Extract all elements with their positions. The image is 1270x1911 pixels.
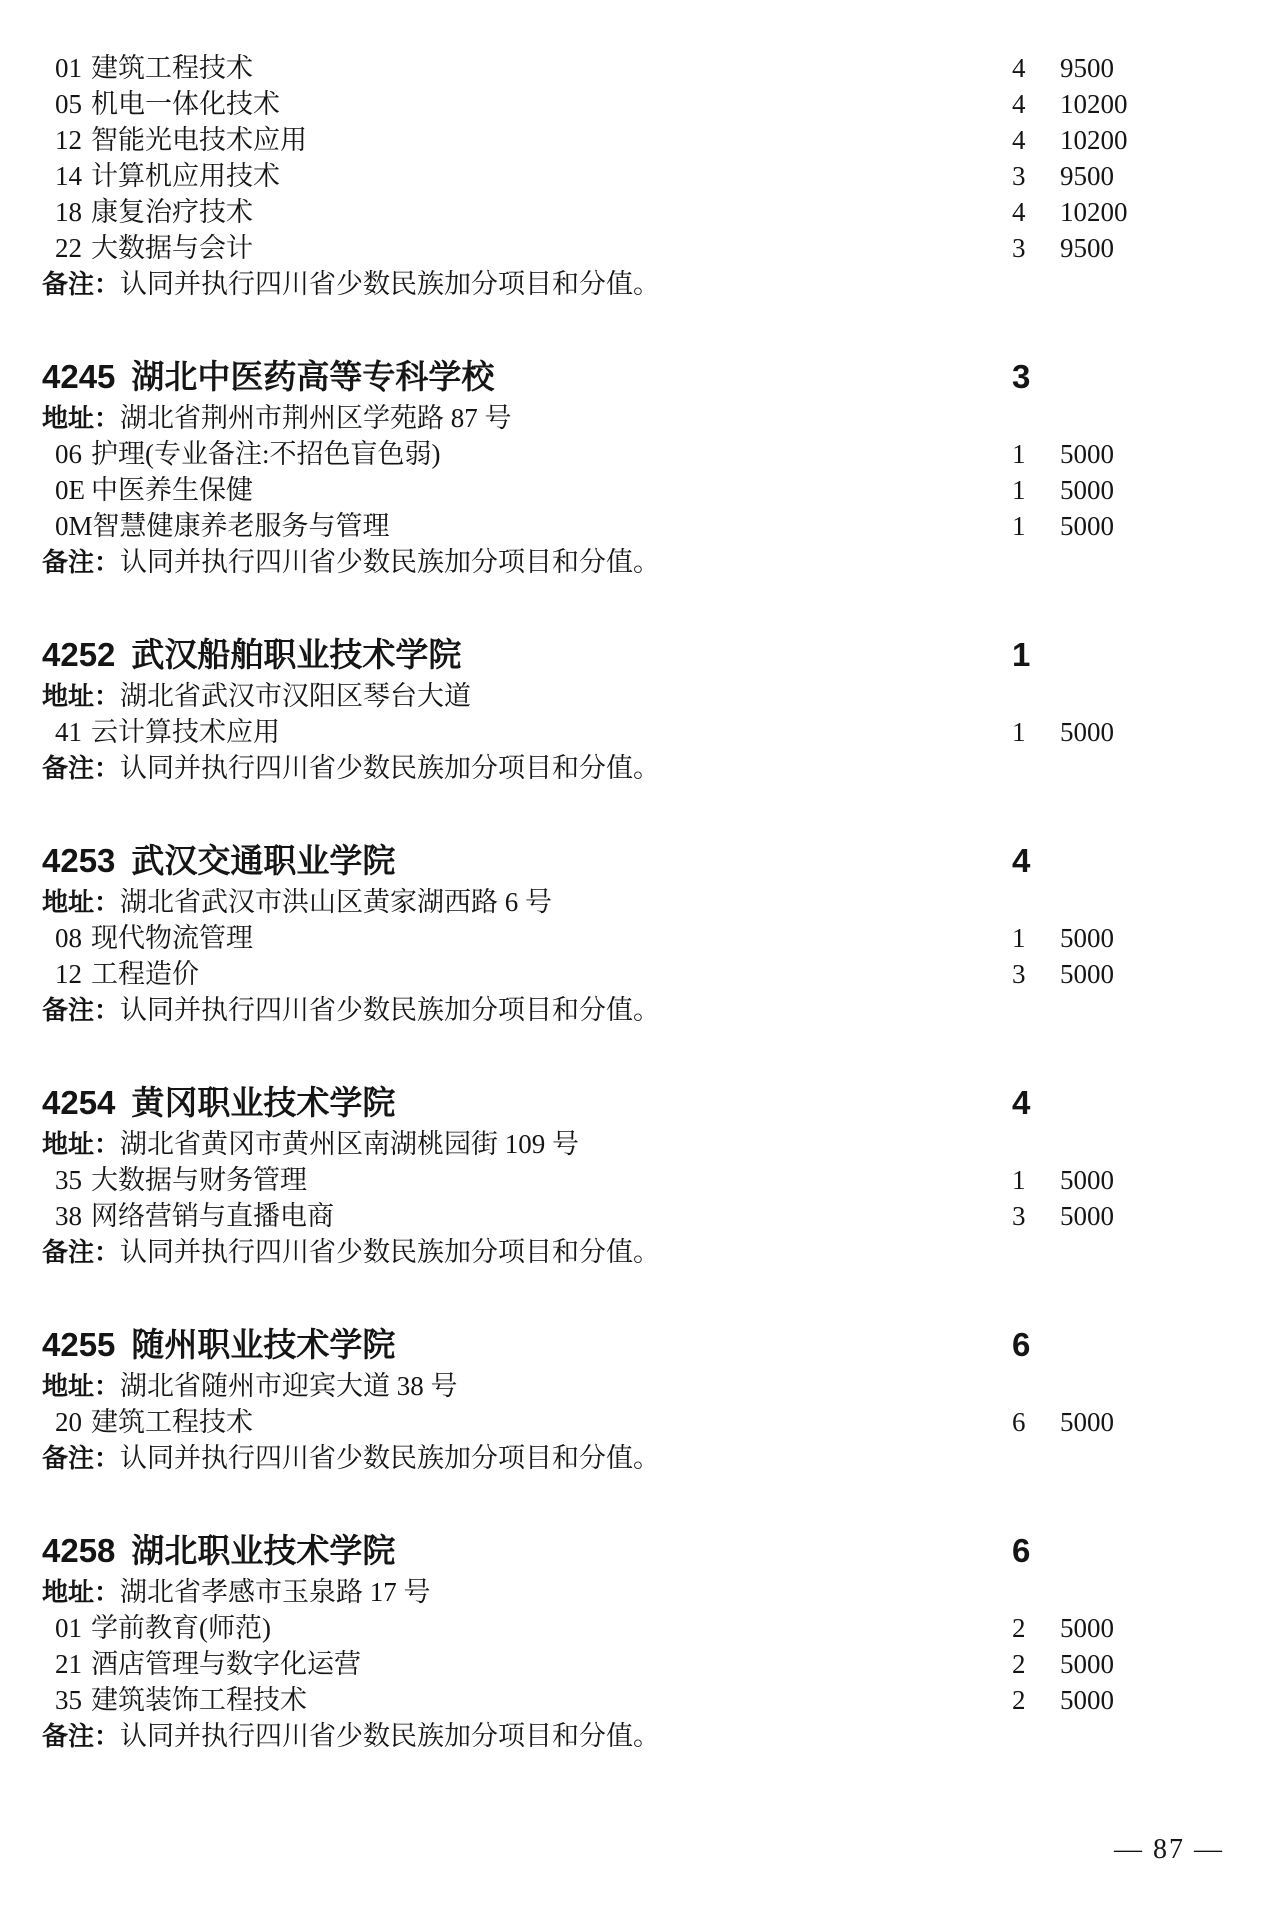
address-label: 地址： [42, 681, 120, 711]
major-fee: 9500 [1060, 50, 1270, 86]
college-plan-count: 3 [1012, 354, 1060, 400]
major-row: 38网络营销与直播电商 3 5000 [42, 1198, 1270, 1234]
major-fee: 5000 [1060, 714, 1270, 750]
college-list: 01建筑工程技术 4 9500 05机电一体化技术 4 10200 12智能光电… [0, 0, 1270, 1754]
college-plan-count: 6 [1012, 1528, 1060, 1574]
major-name: 大数据与会计 [91, 233, 253, 263]
note-line: 备注：认同并执行四川省少数民族加分项目和分值。 [42, 1440, 1270, 1476]
major-count: 4 [1012, 194, 1060, 230]
college-name: 湖北职业技术学院 [131, 1532, 395, 1569]
major-name: 中医养生保健 [91, 475, 253, 505]
college-code: 4245 [42, 358, 115, 395]
major-fee: 5000 [1060, 920, 1270, 956]
college-code: 4254 [42, 1084, 115, 1121]
major-count: 1 [1012, 920, 1060, 956]
major-fee: 9500 [1060, 158, 1270, 194]
major-fee: 5000 [1060, 1162, 1270, 1198]
college-section: 4258湖北职业技术学院 6 地址：湖北省孝感市玉泉路 17 号 01学前教育(… [42, 1528, 1270, 1754]
college-header: 4258湖北职业技术学院 6 [42, 1528, 1270, 1574]
college-plan-count: 1 [1012, 632, 1060, 678]
major-code: 18 [42, 194, 91, 230]
college-section: 4255随州职业技术学院 6 地址：湖北省随州市迎宾大道 38 号 20建筑工程… [42, 1322, 1270, 1476]
major-name: 康复治疗技术 [91, 197, 253, 227]
major-fee: 5000 [1060, 1610, 1270, 1646]
major-count: 3 [1012, 1198, 1060, 1234]
major-code: 38 [42, 1198, 91, 1234]
major-fee: 10200 [1060, 194, 1270, 230]
note-text: 认同并执行四川省少数民族加分项目和分值。 [120, 547, 660, 577]
major-code: 0M [42, 508, 93, 544]
major-code: 41 [42, 714, 91, 750]
major-list: 20建筑工程技术 6 5000 [42, 1404, 1270, 1440]
note-text: 认同并执行四川省少数民族加分项目和分值。 [120, 1237, 660, 1267]
major-fee: 5000 [1060, 956, 1270, 992]
address-label: 地址： [42, 1129, 120, 1159]
major-count: 1 [1012, 472, 1060, 508]
note-label: 备注： [42, 1237, 120, 1267]
major-code: 01 [42, 1610, 91, 1646]
college-header: 4255随州职业技术学院 6 [42, 1322, 1270, 1368]
note-label: 备注： [42, 547, 120, 577]
page-number: — 87 — [1114, 1834, 1224, 1866]
major-list: 06护理(专业备注:不招色盲色弱) 1 5000 0E中医养生保健 1 5000… [42, 436, 1270, 544]
college-header: 4254黄冈职业技术学院 4 [42, 1080, 1270, 1126]
note-label: 备注： [42, 1721, 120, 1751]
note-line: 备注：认同并执行四川省少数民族加分项目和分值。 [42, 266, 1270, 302]
major-count: 4 [1012, 50, 1060, 86]
address-label: 地址： [42, 1371, 120, 1401]
major-row: 01学前教育(师范) 2 5000 [42, 1610, 1270, 1646]
college-header: 4253武汉交通职业学院 4 [42, 838, 1270, 884]
document-page: 01建筑工程技术 4 9500 05机电一体化技术 4 10200 12智能光电… [0, 0, 1270, 1911]
major-code: 06 [42, 436, 91, 472]
major-row: 12工程造价 3 5000 [42, 956, 1270, 992]
major-name: 建筑装饰工程技术 [91, 1685, 307, 1715]
major-count: 3 [1012, 956, 1060, 992]
major-name: 智能光电技术应用 [91, 125, 307, 155]
major-row: 35建筑装饰工程技术 2 5000 [42, 1682, 1270, 1718]
major-list: 01建筑工程技术 4 9500 05机电一体化技术 4 10200 12智能光电… [42, 50, 1270, 266]
college-code: 4255 [42, 1326, 115, 1363]
major-row: 0M智慧健康养老服务与管理 1 5000 [42, 508, 1270, 544]
major-count: 2 [1012, 1610, 1060, 1646]
major-list: 08现代物流管理 1 5000 12工程造价 3 5000 [42, 920, 1270, 992]
college-name: 湖北中医药高等专科学校 [131, 358, 494, 395]
major-code: 0E [42, 472, 91, 508]
address-label: 地址： [42, 887, 120, 917]
address-text: 湖北省孝感市玉泉路 17 号 [120, 1577, 431, 1607]
address-line: 地址：湖北省孝感市玉泉路 17 号 [42, 1574, 1270, 1610]
note-label: 备注： [42, 269, 120, 299]
note-label: 备注： [42, 753, 120, 783]
major-code: 05 [42, 86, 91, 122]
major-name: 酒店管理与数字化运营 [91, 1649, 361, 1679]
college-name: 武汉船舶职业技术学院 [131, 636, 461, 673]
major-count: 1 [1012, 1162, 1060, 1198]
major-code: 21 [42, 1646, 91, 1682]
major-count: 2 [1012, 1682, 1060, 1718]
major-count: 3 [1012, 158, 1060, 194]
major-name: 护理(专业备注:不招色盲色弱) [91, 439, 440, 469]
major-row: 22大数据与会计 3 9500 [42, 230, 1270, 266]
note-line: 备注：认同并执行四川省少数民族加分项目和分值。 [42, 544, 1270, 580]
note-text: 认同并执行四川省少数民族加分项目和分值。 [120, 269, 660, 299]
college-section: 4245湖北中医药高等专科学校 3 地址：湖北省荆州市荆州区学苑路 87 号 0… [42, 354, 1270, 580]
major-fee: 5000 [1060, 1198, 1270, 1234]
college-section: 4253武汉交通职业学院 4 地址：湖北省武汉市洪山区黄家湖西路 6 号 08现… [42, 838, 1270, 1028]
note-line: 备注：认同并执行四川省少数民族加分项目和分值。 [42, 750, 1270, 786]
major-code: 35 [42, 1162, 91, 1198]
address-text: 湖北省随州市迎宾大道 38 号 [120, 1371, 458, 1401]
address-text: 湖北省武汉市洪山区黄家湖西路 6 号 [120, 887, 552, 917]
major-fee: 5000 [1060, 1682, 1270, 1718]
college-name: 武汉交通职业学院 [131, 842, 395, 879]
note-line: 备注：认同并执行四川省少数民族加分项目和分值。 [42, 1234, 1270, 1270]
address-label: 地址： [42, 403, 120, 433]
note-line: 备注：认同并执行四川省少数民族加分项目和分值。 [42, 1718, 1270, 1754]
major-name: 智慧健康养老服务与管理 [93, 511, 390, 541]
major-row: 35大数据与财务管理 1 5000 [42, 1162, 1270, 1198]
college-code: 4253 [42, 842, 115, 879]
major-fee: 5000 [1060, 472, 1270, 508]
note-label: 备注： [42, 995, 120, 1025]
major-row: 06护理(专业备注:不招色盲色弱) 1 5000 [42, 436, 1270, 472]
major-name: 建筑工程技术 [91, 1407, 253, 1437]
major-list: 01学前教育(师范) 2 5000 21酒店管理与数字化运营 2 5000 35… [42, 1610, 1270, 1718]
college-plan-count: 6 [1012, 1322, 1060, 1368]
major-count: 1 [1012, 508, 1060, 544]
note-text: 认同并执行四川省少数民族加分项目和分值。 [120, 1721, 660, 1751]
major-fee: 10200 [1060, 86, 1270, 122]
major-row: 18康复治疗技术 4 10200 [42, 194, 1270, 230]
college-code: 4258 [42, 1532, 115, 1569]
major-code: 12 [42, 956, 91, 992]
address-text: 湖北省黄冈市黄州区南湖桃园街 109 号 [120, 1129, 579, 1159]
major-name: 云计算技术应用 [91, 717, 280, 747]
college-plan-count: 4 [1012, 1080, 1060, 1126]
address-label: 地址： [42, 1577, 120, 1607]
college-section: 4252武汉船舶职业技术学院 1 地址：湖北省武汉市汉阳区琴台大道 41云计算技… [42, 632, 1270, 786]
major-code: 20 [42, 1404, 91, 1440]
major-fee: 5000 [1060, 1646, 1270, 1682]
major-row: 14计算机应用技术 3 9500 [42, 158, 1270, 194]
address-line: 地址：湖北省武汉市洪山区黄家湖西路 6 号 [42, 884, 1270, 920]
major-row: 0E中医养生保健 1 5000 [42, 472, 1270, 508]
address-line: 地址：湖北省武汉市汉阳区琴台大道 [42, 678, 1270, 714]
major-list: 35大数据与财务管理 1 5000 38网络营销与直播电商 3 5000 [42, 1162, 1270, 1234]
major-fee: 5000 [1060, 436, 1270, 472]
major-count: 3 [1012, 230, 1060, 266]
major-row: 01建筑工程技术 4 9500 [42, 50, 1270, 86]
college-section: 01建筑工程技术 4 9500 05机电一体化技术 4 10200 12智能光电… [42, 50, 1270, 302]
major-count: 1 [1012, 436, 1060, 472]
major-code: 35 [42, 1682, 91, 1718]
college-code: 4252 [42, 636, 115, 673]
college-plan-count: 4 [1012, 838, 1060, 884]
college-header: 4252武汉船舶职业技术学院 1 [42, 632, 1270, 678]
note-text: 认同并执行四川省少数民族加分项目和分值。 [120, 1443, 660, 1473]
major-name: 机电一体化技术 [91, 89, 280, 119]
major-count: 1 [1012, 714, 1060, 750]
major-code: 01 [42, 50, 91, 86]
address-line: 地址：湖北省黄冈市黄州区南湖桃园街 109 号 [42, 1126, 1270, 1162]
college-section: 4254黄冈职业技术学院 4 地址：湖北省黄冈市黄州区南湖桃园街 109 号 3… [42, 1080, 1270, 1270]
note-line: 备注：认同并执行四川省少数民族加分项目和分值。 [42, 992, 1270, 1028]
major-fee: 9500 [1060, 230, 1270, 266]
major-code: 22 [42, 230, 91, 266]
major-name: 工程造价 [91, 959, 199, 989]
address-line: 地址：湖北省荆州市荆州区学苑路 87 号 [42, 400, 1270, 436]
college-header: 4245湖北中医药高等专科学校 3 [42, 354, 1270, 400]
major-name: 学前教育(师范) [91, 1613, 271, 1643]
major-count: 4 [1012, 122, 1060, 158]
address-line: 地址：湖北省随州市迎宾大道 38 号 [42, 1368, 1270, 1404]
major-row: 20建筑工程技术 6 5000 [42, 1404, 1270, 1440]
college-name: 随州职业技术学院 [131, 1326, 395, 1363]
major-fee: 5000 [1060, 1404, 1270, 1440]
major-row: 41云计算技术应用 1 5000 [42, 714, 1270, 750]
major-row: 12智能光电技术应用 4 10200 [42, 122, 1270, 158]
major-name: 大数据与财务管理 [91, 1165, 307, 1195]
major-count: 4 [1012, 86, 1060, 122]
major-count: 2 [1012, 1646, 1060, 1682]
major-list: 41云计算技术应用 1 5000 [42, 714, 1270, 750]
major-name: 建筑工程技术 [91, 53, 253, 83]
major-name: 计算机应用技术 [91, 161, 280, 191]
major-name: 现代物流管理 [91, 923, 253, 953]
major-name: 网络营销与直播电商 [91, 1201, 334, 1231]
note-text: 认同并执行四川省少数民族加分项目和分值。 [120, 753, 660, 783]
major-code: 08 [42, 920, 91, 956]
major-count: 6 [1012, 1404, 1060, 1440]
major-row: 05机电一体化技术 4 10200 [42, 86, 1270, 122]
major-row: 21酒店管理与数字化运营 2 5000 [42, 1646, 1270, 1682]
note-label: 备注： [42, 1443, 120, 1473]
address-text: 湖北省武汉市汉阳区琴台大道 [120, 681, 471, 711]
major-code: 12 [42, 122, 91, 158]
major-row: 08现代物流管理 1 5000 [42, 920, 1270, 956]
major-code: 14 [42, 158, 91, 194]
college-name: 黄冈职业技术学院 [131, 1084, 395, 1121]
major-fee: 5000 [1060, 508, 1270, 544]
address-text: 湖北省荆州市荆州区学苑路 87 号 [120, 403, 512, 433]
note-text: 认同并执行四川省少数民族加分项目和分值。 [120, 995, 660, 1025]
major-fee: 10200 [1060, 122, 1270, 158]
